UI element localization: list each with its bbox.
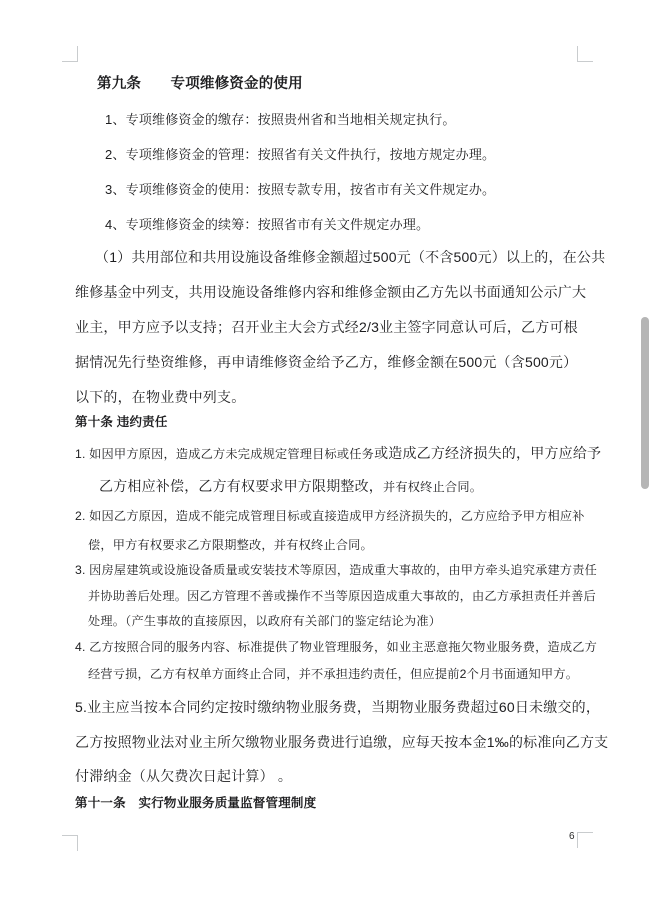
article-10-item-3-line-2: 并协助善后处理。因乙方管理不善或操作不当等原因造成重大事故的，由乙方承担责任并善… <box>88 589 596 605</box>
article-10-item-4-line-2: 经营亏损，乙方有权单方面终止合同，并不承担违约责任，但应提前2个月书面通知甲方。 <box>88 667 578 683</box>
article-10-item-5-line-2: 乙方按照物业法对业主所欠缴物业服务费进行追缴，应每天按本金1‰的标准向乙方支 <box>75 733 608 751</box>
text-segment: 维修基金中列支，共用设施设备维修内容和维修金额由乙方先以书面通知公示广大 <box>75 284 586 300</box>
article-9-item-1: 1、专项维修资金的缴存：按照贵州省和当地相关规定执行。 <box>105 112 456 129</box>
article-9-item-3: 3、专项维修资金的使用：按照专款专用，按省市有关文件规定办。 <box>105 182 495 199</box>
text-segment: 并有权终止合同。 <box>383 480 482 494</box>
article-10-item-4-line-1: 4. 乙方按照合同的服务内容、标准提供了物业管理服务，如业主恶意拖欠物业服务费，… <box>75 640 597 656</box>
text-segment: 第十条 违约责任 <box>75 415 168 429</box>
text-segment: 4、专项维修资金的续筹：按照省市有关文件规定办理。 <box>105 217 429 232</box>
vertical-scrollbar-thumb[interactable] <box>641 317 649 489</box>
page-number: 6 <box>569 831 575 842</box>
article-9-para-1-line-1: （1）共用部位和共用设施设备维修金额超过500元（不含500元）以上的，在公共 <box>95 248 605 266</box>
article-10-item-3-line-1: 3. 因房屋建筑或设施设备质量或安装技术等原因，造成重大事故的，由甲方牵头追究承… <box>75 563 597 579</box>
article-10-item-2-line-2: 偿，甲方有权要求乙方限期整改，并有权终止合同。 <box>88 538 373 554</box>
text-segment: 第十一条 实行物业服务质量监督管理制度 <box>75 796 316 810</box>
text-segment: 2、专项维修资金的管理：按照省有关文件执行，按地方规定办理。 <box>105 147 495 162</box>
article-9-para-1-line-2: 维修基金中列支，共用设施设备维修内容和维修金额由乙方先以书面通知公示广大 <box>75 283 586 301</box>
text-segment: 据情况先行垫资维修，再申请维修资金给予乙方，维修金额在500元（含500元） <box>75 354 577 370</box>
article-10-item-1-line-2: 乙方相应补偿，乙方有权要求甲方限期整改，并有权终止合同。 <box>99 477 482 496</box>
text-segment: 偿，甲方有权要求乙方限期整改，并有权终止合同。 <box>88 538 373 552</box>
document-page: 第九条 专项维修资金的使用1、专项维修资金的缴存：按照贵州省和当地相关规定执行。… <box>0 0 654 900</box>
text-segment: （1）共用部位和共用设施设备维修金额超过500元（不含500元）以上的，在公共 <box>95 249 605 265</box>
text-segment: 或造成乙方经济损失的，甲方应给予 <box>374 445 601 461</box>
text-boundary-mark-bottom-left <box>62 835 78 851</box>
text-segment: 付滞纳金（从欠费次日起计算） 。 <box>75 768 292 784</box>
text-segment: 业主，甲方应予以支持；召开业主大会方式经2/3业主签字同意认可后，乙方可根 <box>75 319 578 335</box>
text-segment: 2. 如因乙方原因，造成不能完成管理目标或直接造成甲方经济损失的，乙方应给予甲方… <box>75 509 585 523</box>
article-10-item-5-line-3: 付滞纳金（从欠费次日起计算） 。 <box>75 767 292 785</box>
article-10-item-1-line-1: 1. 如因甲方原因，造成乙方未完成规定管理目标或任务或造成乙方经济损失的，甲方应… <box>75 444 601 463</box>
article-11-heading: 第十一条 实行物业服务质量监督管理制度 <box>75 795 316 811</box>
article-9-heading: 第九条 专项维修资金的使用 <box>97 75 303 94</box>
article-9-para-1-line-5: 以下的，在物业费中列支。 <box>75 388 245 406</box>
article-10-heading: 第十条 违约责任 <box>75 414 168 430</box>
article-10-item-3-line-3: 处理。（产生事故的直接原因，以政府有关部门的鉴定结论为准） <box>88 614 441 630</box>
text-segment: 3. 因房屋建筑或设施设备质量或安装技术等原因，造成重大事故的，由甲方牵头追究承… <box>75 563 597 577</box>
article-9-para-1-line-4: 据情况先行垫资维修，再申请维修资金给予乙方，维修金额在500元（含500元） <box>75 353 577 371</box>
text-segment: 乙方按照物业法对业主所欠缴物业服务费进行追缴，应每天按本金1‰的标准向乙方支 <box>75 734 608 750</box>
text-boundary-mark-bottom-right <box>577 832 593 848</box>
text-segment: 并协助善后处理。因乙方管理不善或操作不当等原因造成重大事故的，由乙方承担责任并善… <box>88 589 596 603</box>
text-segment: 4. 乙方按照合同的服务内容、标准提供了物业管理服务，如业主恶意拖欠物业服务费，… <box>75 640 597 654</box>
text-segment: 经营亏损，乙方有权单方面终止合同，并不承担违约责任，但应提前2个月书面通知甲方。 <box>88 667 578 681</box>
text-segment: 1、专项维修资金的缴存：按照贵州省和当地相关规定执行。 <box>105 112 456 127</box>
text-segment: 第九条 专项维修资金的使用 <box>97 76 303 92</box>
article-9-item-2: 2、专项维修资金的管理：按照省有关文件执行，按地方规定办理。 <box>105 147 495 164</box>
text-segment: 乙方相应补偿，乙方有权要求甲方限期整改， <box>99 478 383 494</box>
article-9-para-1-line-3: 业主，甲方应予以支持；召开业主大会方式经2/3业主签字同意认可后，乙方可根 <box>75 318 578 336</box>
text-segment: 处理。（产生事故的直接原因，以政府有关部门的鉴定结论为准） <box>88 614 441 628</box>
text-boundary-mark-top-right <box>577 46 593 62</box>
article-9-item-4: 4、专项维修资金的续筹：按照省市有关文件规定办理。 <box>105 217 429 234</box>
article-10-item-2-line-1: 2. 如因乙方原因，造成不能完成管理目标或直接造成甲方经济损失的，乙方应给予甲方… <box>75 509 585 525</box>
text-segment: 以下的，在物业费中列支。 <box>75 389 245 405</box>
text-segment: 5.业主应当按本合同约定按时缴纳物业服务费，当期物业服务费超过60日未缴交的， <box>75 699 600 715</box>
text-segment: 1. 如因甲方原因，造成乙方未完成规定管理目标或任务 <box>75 447 374 461</box>
article-10-item-5-line-1: 5.业主应当按本合同约定按时缴纳物业服务费，当期物业服务费超过60日未缴交的， <box>75 698 600 716</box>
text-boundary-mark-top-left <box>62 46 78 62</box>
text-segment: 3、专项维修资金的使用：按照专款专用，按省市有关文件规定办。 <box>105 182 495 197</box>
